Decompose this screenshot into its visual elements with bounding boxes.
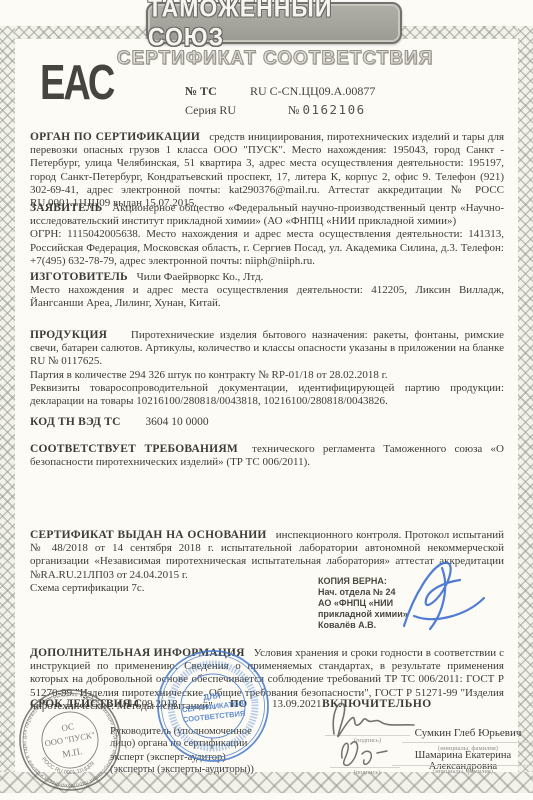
certificate-number-label: № ТС — [185, 84, 247, 99]
certificate-number-value: RU С-CN.ЦЦ09.А.00877 — [250, 84, 375, 98]
section-manufacturer: ИЗГОТОВИТЕЛЬ Чили Фаейрворкс Ко., Лтд. М… — [30, 271, 504, 311]
series-number-sign: № — [250, 103, 299, 117]
customs-union-label: ТАМОЖЕННЫЙ СОЮЗ — [148, 0, 400, 52]
section-issued-basis-label: СЕРТИФИКАТ ВЫДАН НА ОСНОВАНИИ — [30, 529, 273, 541]
section-tnved-code-value: 3604 10 0000 — [129, 416, 208, 428]
blue-certificates-stamp: ДЛЯ СЕРТИФИКАТОВ СООТВЕТСТВИЯ — [155, 648, 271, 764]
section-complies: СООТВЕТСТВУЕТ ТРЕБОВАНИЯМ технического р… — [30, 443, 504, 469]
section-manufacturer-text: Чили Фаейрворкс Ко., Лтд. — [137, 271, 264, 283]
series-row: Серия RU № 0162106 — [185, 102, 366, 118]
border-left — [0, 26, 15, 792]
eac-logo: ЕАС — [40, 56, 113, 112]
section-product: ПРОДУКЦИЯ Пиротехнические изделия бытово… — [30, 329, 504, 408]
expert-signature — [330, 730, 395, 772]
validity-date-to: 13.09.2021 — [272, 698, 322, 710]
section-product-text2: Партия в количестве 294 326 штук по конт… — [30, 369, 504, 382]
stamp-center-org: ООО "ПУСК" — [44, 730, 96, 749]
section-manufacturer-text2: Место нахождения и адрес места осуществл… — [30, 284, 504, 310]
section-tnved-code: КОД ТН ВЭД ТС 3604 10 0000 — [30, 416, 504, 429]
certificate-page: ТАМОЖЕННЫЙ СОЮЗ ЕАС СЕРТИФИКАТ СООТВЕТСТ… — [0, 0, 533, 800]
section-applicant-text2: ОГРН: 1115042005638. Место нахождения и … — [30, 228, 504, 268]
copy-true-signature — [386, 556, 496, 636]
series-number-value: 0162106 — [302, 102, 365, 117]
certificate-number-row: № ТС RU С-CN.ЦЦ09.А.00877 — [185, 84, 375, 99]
section-manufacturer-label: ИЗГОТОВИТЕЛЬ — [30, 271, 134, 283]
stamp-center-mp: М.П. — [62, 747, 83, 760]
certification-body-stamp: Орган по сертификации средств инициирова… — [16, 686, 124, 794]
section-product-label: ПРОДУКЦИЯ — [30, 329, 125, 341]
expert-role-line: (эксперты (эксперты-аудиторы)) — [110, 764, 285, 776]
border-right — [518, 26, 533, 792]
certificate-title: СЕРТИФИКАТ СООТВЕТСТВИЯ — [110, 48, 440, 70]
customs-union-plate: ТАМОЖЕННЫЙ СОЮЗ — [146, 2, 402, 44]
section-applicant: ЗАЯВИТЕЛЬ Акционерное общество «Федераль… — [30, 202, 504, 268]
series-label: Серия RU — [185, 103, 247, 118]
section-applicant-label: ЗАЯВИТЕЛЬ — [30, 202, 108, 214]
stamp-center-os: ОС — [61, 721, 75, 733]
section-certification-body: ОРГАН ПО СЕРТИФИКАЦИИ средств инициирова… — [30, 131, 504, 210]
blue-stamp-line1: ДЛЯ — [203, 691, 221, 702]
section-complies-label: СООТВЕТСТВУЕТ ТРЕБОВАНИЯМ — [30, 443, 244, 455]
section-tnved-code-label: КОД ТН ВЭД ТС — [30, 416, 127, 428]
head-name: Сумкин Глеб Юрьевич — [398, 727, 533, 739]
expert-name-caption: (инициалы, фамилия) — [388, 768, 533, 775]
section-certification-body-label: ОРГАН ПО СЕРТИФИКАЦИИ — [30, 131, 206, 143]
section-product-text3: Реквизиты товаросопроводительной докумен… — [30, 382, 504, 408]
